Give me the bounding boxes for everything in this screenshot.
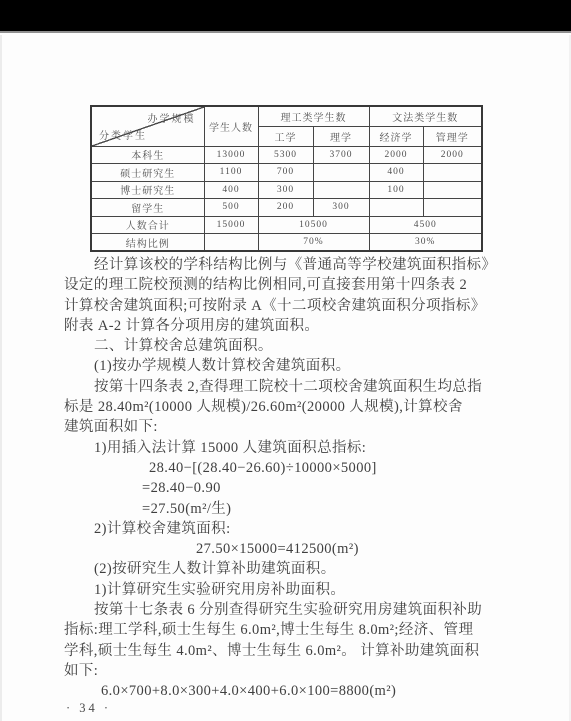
formula-line: 27.50×15000=412500(m²) [64, 539, 526, 559]
header-science: 理学 [313, 126, 369, 146]
corner-label-category: 分类学生 [99, 127, 147, 142]
cell-science [313, 181, 369, 199]
body-text: 经计算该校的学科结构比例与《普通高等学校建筑面积指标》设定的理工院校预测的结构比… [64, 255, 526, 702]
top-black-bar [0, 0, 571, 33]
text-line: 标是 28.40m²(10000 人规模)/26.60m²(20000 人规模)… [64, 397, 526, 417]
cell-humanities-total: 4500 [369, 216, 482, 234]
corner-label-scale: 办学规模 [148, 110, 196, 125]
text-line: 如下: [64, 661, 526, 681]
cell-management [423, 181, 482, 199]
cell-economics: 400 [369, 164, 423, 182]
cell-management [423, 164, 482, 182]
text-line: 指标:理工学科,硕士生每生 6.0m²,博士生每生 8.0m²;经济、管理 [64, 620, 526, 640]
enrollment-table: 办学规模 分类学生 学生人数 理工类学生数 文法类学生数 工学 理学 经济学 管… [90, 105, 483, 252]
scanned-document-page: { "table": { "header": { "corner_top_rig… [0, 0, 571, 721]
page-number: · 34 · [66, 701, 111, 716]
cell-science: 3700 [313, 146, 369, 164]
diagonal-header-cell: 办学规模 分类学生 [91, 106, 204, 146]
cell-science [313, 164, 369, 182]
header-economics: 经济学 [369, 126, 423, 146]
cell-sci-eng-total: 10500 [258, 216, 369, 234]
formula-line: 28.40−[(28.40−26.60)÷10000×5000] [64, 458, 526, 478]
formula-line: 6.0×700+8.0×300+4.0×400+6.0×100=8800(m²) [64, 681, 526, 701]
text-line: 计算校舍建筑面积;可按附录 A《十二项校舍建筑面积分项指标》 [64, 296, 526, 316]
cell-engineering: 700 [258, 164, 313, 182]
cell-science: 300 [313, 199, 369, 217]
text-line: 经计算该校的学科结构比例与《普通高等学校建筑面积指标》 [64, 255, 526, 275]
row-label: 结构比例 [91, 234, 204, 252]
cell-engineering: 5300 [258, 146, 313, 164]
text-line: 二、计算校舍总建筑面积。 [64, 336, 526, 356]
text-line: (1)按办学规模人数计算校舍建筑面积。 [64, 356, 526, 376]
text-line: 1)计算研究生实验研究用房补助面积。 [64, 580, 526, 600]
cell-management: 2000 [423, 146, 482, 164]
header-management: 管理学 [423, 126, 482, 146]
text-line: 学科,硕士生每生 4.0m²、博士生每生 6.0m²。 计算补助建筑面积 [64, 641, 526, 661]
cell-economics: 100 [369, 181, 423, 199]
header-engineering: 工学 [258, 126, 313, 146]
cell-engineering: 200 [258, 199, 313, 217]
cell-economics: 2000 [369, 146, 423, 164]
text-line: 附表 A-2 计算各分项用房的建筑面积。 [64, 316, 526, 336]
header-student-count: 学生人数 [204, 106, 258, 146]
cell-management [423, 199, 482, 217]
cell-total: 1100 [204, 164, 258, 182]
header-sci-eng-group: 理工类学生数 [258, 106, 369, 126]
row-label: 博士研究生 [91, 181, 204, 199]
text-line: 1)用插入法计算 15000 人建筑面积总指标: [64, 438, 526, 458]
cell-total: 500 [204, 199, 258, 217]
cell-sci-eng-ratio: 70% [258, 234, 369, 252]
table-row: 博士研究生 400 300 100 [91, 181, 482, 199]
cell-total: 13000 [204, 146, 258, 164]
cell-total: 400 [204, 181, 258, 199]
text-line: (2)按研究生人数计算补助建筑面积。 [64, 559, 526, 579]
text-line: 建筑面积如下: [64, 417, 526, 437]
text-line: 2)计算校舍建筑面积: [64, 519, 526, 539]
row-label: 硕士研究生 [91, 164, 204, 182]
table-row: 留学生 500 200 300 [91, 199, 482, 217]
table-total-row: 人数合计 15000 10500 4500 [91, 216, 482, 234]
cell-humanities-ratio: 30% [369, 234, 482, 252]
cell-total [204, 234, 258, 252]
text-line: 按第十四条表 2,查得理工院校十二项校舍建筑面积生均总指 [64, 377, 526, 397]
table-header-row-1: 办学规模 分类学生 学生人数 理工类学生数 文法类学生数 [91, 106, 482, 126]
cell-economics [369, 199, 423, 217]
cell-engineering: 300 [258, 181, 313, 199]
table-row: 本科生 13000 5300 3700 2000 2000 [91, 146, 482, 164]
text-line: 按第十七条表 6 分别查得研究生实验研究用房建筑面积补助 [64, 600, 526, 620]
table-row: 硕士研究生 1100 700 400 [91, 164, 482, 182]
document-page: 办学规模 分类学生 学生人数 理工类学生数 文法类学生数 工学 理学 经济学 管… [0, 35, 571, 721]
text-line: 设定的理工院校预测的结构比例相同,可直接套用第十四条表 2 [64, 275, 526, 295]
formula-line: =27.50(m²/生) [64, 499, 526, 519]
row-label: 人数合计 [91, 216, 204, 234]
formula-line: =28.40−0.90 [64, 478, 526, 498]
cell-total: 15000 [204, 216, 258, 234]
header-humanities-group: 文法类学生数 [369, 106, 482, 126]
row-label: 本科生 [91, 146, 204, 164]
table-ratio-row: 结构比例 70% 30% [91, 234, 482, 252]
row-label: 留学生 [91, 199, 204, 217]
